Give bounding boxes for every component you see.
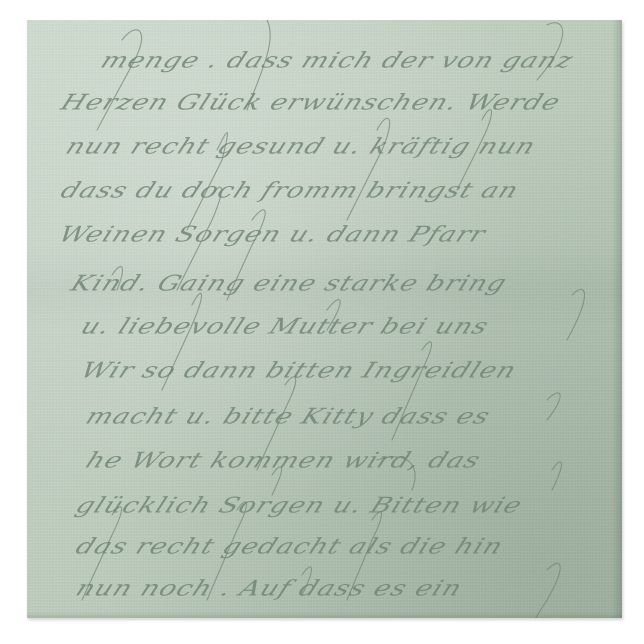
handwriting-line: macht u. bitte Kitty dass es — [82, 404, 494, 429]
product-image-canvas: menge . dass mich der von ganz Herzen Gl… — [0, 0, 644, 644]
handwriting-line: Weinen Sorgen u. dann Pfarr — [55, 222, 490, 247]
handwriting-line: nun recht gesund u. kräftig nun — [62, 134, 540, 159]
handwriting-line: he Wort kommen wird, das — [82, 448, 485, 473]
tile-edge-shadow-bottom — [27, 612, 622, 618]
handwritten-text-block: menge . dass mich der von ganz Herzen Gl… — [27, 20, 622, 618]
handwriting-line: menge . dass mich der von ganz — [97, 48, 577, 73]
handwriting-ceramic-tile: menge . dass mich der von ganz Herzen Gl… — [27, 20, 622, 618]
handwriting-line: Herzen Glück erwünschen. Werde — [57, 90, 565, 115]
handwriting-line: nun noch . Auf dass es ein — [72, 576, 466, 601]
handwriting-line: u. liebevolle Mutter bei uns — [77, 314, 493, 339]
handwriting-line: das recht gedacht als die hin — [72, 534, 507, 559]
tile-edge-shadow-right — [612, 20, 622, 618]
handwriting-line: glücklich Sorgen u. Bitten wie — [72, 493, 526, 518]
handwriting-line: Kind. Gaing eine starke bring — [67, 271, 511, 296]
handwriting-line: dass du doch fromm bringst an — [57, 178, 523, 203]
handwriting-line: Wir so dann bitten Ingreidlen — [77, 358, 521, 383]
